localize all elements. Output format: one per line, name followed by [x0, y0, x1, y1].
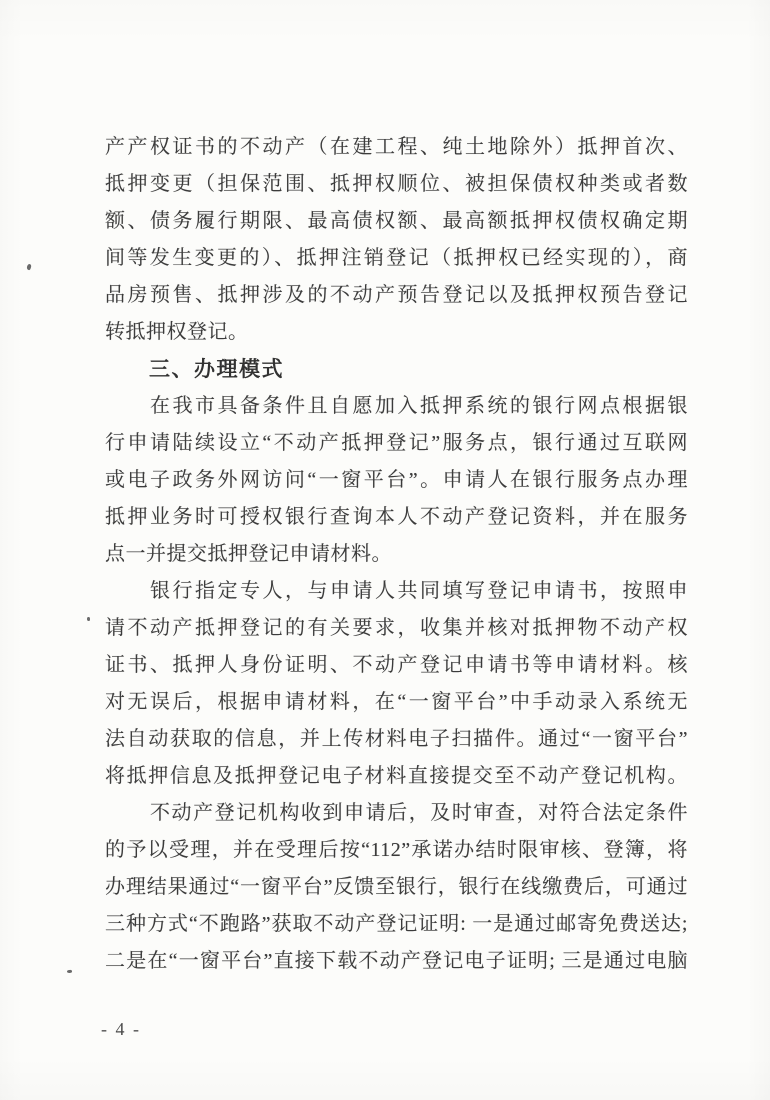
document-line: 转抵押权登记。 [105, 314, 688, 351]
document-line: 请不动产抵押登记的有关要求，收集并核对抵押物不动产权 [105, 610, 688, 647]
ink-speck [26, 264, 32, 271]
document-line: 产产权证书的不动产（在建工程、纯土地除外）抵押首次、 [105, 129, 688, 166]
document-line: 在我市具备条件且自愿加入抵押系统的银行网点根据银 [105, 388, 688, 425]
document-line: 银行指定专人，与申请人共同填写登记申请书，按照申 [105, 573, 688, 610]
document-line: 办理结果通过“一窗平台”反馈至银行，银行在线缴费后，可通过 [105, 869, 688, 906]
document-line: 抵押业务时可授权银行查询本人不动产登记资料，并在服务 [105, 499, 688, 536]
document-line: 将抵押信息及抵押登记电子材料直接提交至不动产登记机构。 [105, 758, 688, 795]
document-line: 品房预售、抵押涉及的不动产预告登记以及抵押权预告登记 [105, 277, 688, 314]
document-line: 或电子政务外网访问“一窗平台”。申请人在银行服务点办理 [105, 462, 688, 499]
document-line: 的予以受理，并在受理后按“112”承诺办结时限审核、登簿，将 [105, 832, 688, 869]
document-body: 产产权证书的不动产（在建工程、纯土地除外）抵押首次、 抵押变更（担保范围、抵押权… [105, 129, 688, 980]
document-line: 三种方式“不跑路”获取不动产登记证明: 一是通过邮寄免费送达; [105, 906, 688, 943]
document-line: 不动产登记机构收到申请后，及时审查，对符合法定条件 [105, 795, 688, 832]
document-line: 行申请陆续设立“不动产抵押登记”服务点，银行通过互联网 [105, 425, 688, 462]
ink-speck [67, 970, 72, 974]
document-line: 证书、抵押人身份证明、不动产登记申请书等申请材料。核 [105, 647, 688, 684]
document-line: 间等发生变更的）、抵押注销登记（抵押权已经实现的），商 [105, 240, 688, 277]
scanned-document-page: 产产权证书的不动产（在建工程、纯土地除外）抵押首次、 抵押变更（担保范围、抵押权… [0, 0, 770, 1100]
document-line: 对无误后，根据申请材料，在“一窗平台”中手动录入系统无 [105, 684, 688, 721]
document-line: 法自动获取的信息，并上传材料电子扫描件。通过“一窗平台” [105, 721, 688, 758]
page-number: - 4 - [101, 1019, 141, 1040]
document-line: 抵押变更（担保范围、抵押权顺位、被担保债权种类或者数 [105, 166, 688, 203]
document-line: 额、债务履行期限、最高债权额、最高额抵押权债权确定期 [105, 203, 688, 240]
ink-speck [87, 617, 90, 621]
document-line: 点一并提交抵押登记申请材料。 [105, 536, 688, 573]
document-line: 二是在“一窗平台”直接下载不动产登记电子证明; 三是通过电脑 [105, 943, 688, 980]
section-heading: 三、办理模式 [105, 351, 688, 388]
